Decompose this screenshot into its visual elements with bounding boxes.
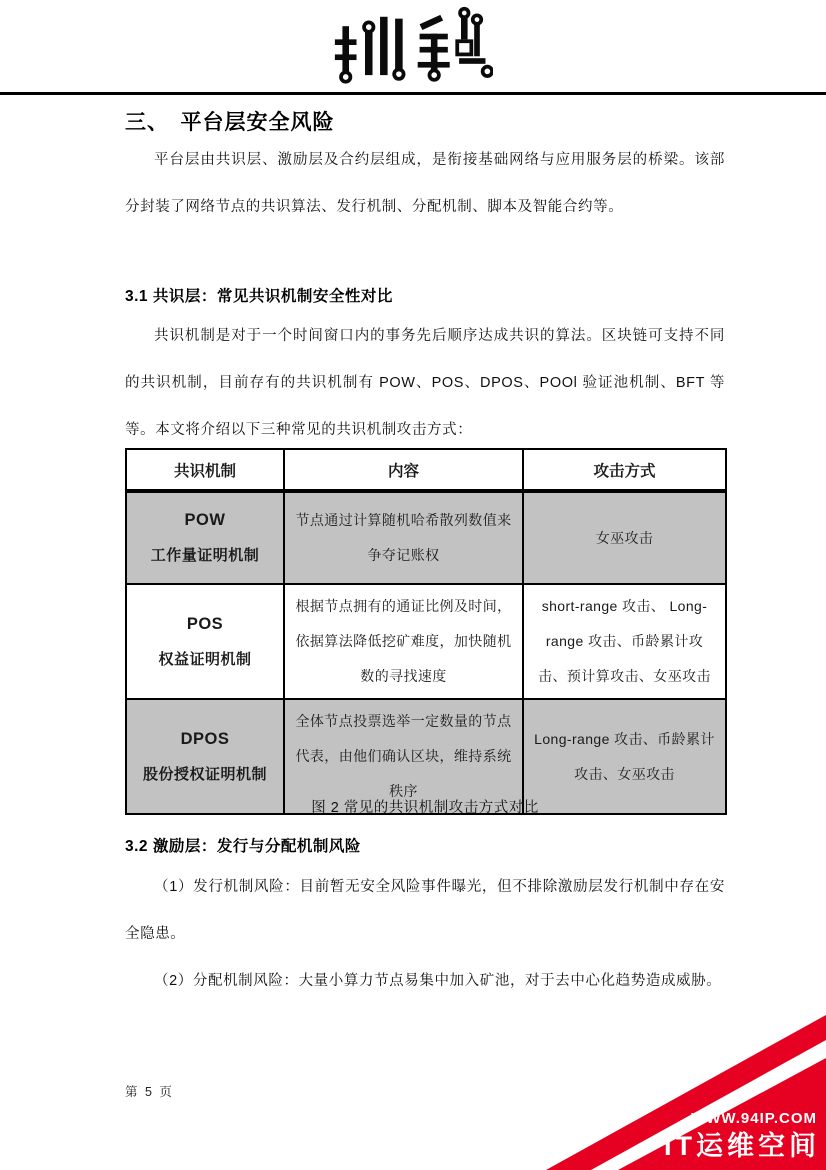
section-3-1-title: 3.1 共识层：常见共识机制安全性对比: [125, 284, 725, 306]
mechanism-fullname: 股份授权证明机制: [135, 757, 275, 792]
mechanism-fullname: 工作量证明机制: [135, 538, 275, 573]
mechanism-abbr: POS: [135, 607, 275, 642]
table-row-pos: POS 权益证明机制 根据节点拥有的通证比例及时间，依据算法降低挖矿难度，加快随…: [126, 584, 726, 699]
header-mechanism: 共识机制: [126, 449, 284, 491]
page-title: 三、 平台层安全风险: [125, 106, 725, 136]
mechanism-abbr: POW: [135, 503, 275, 538]
document-page: 三、 平台层安全风险 平台层由共识层、激励层及合约层组成，是衔接基础网络与应用服…: [0, 0, 826, 1170]
mechanism-abbr: DPOS: [135, 722, 275, 757]
cell-pos-mechanism: POS 权益证明机制: [126, 584, 284, 699]
page-header: [0, 6, 826, 84]
figure-caption: 图 2 常见的共识机制攻击方式对比: [125, 796, 725, 817]
corner-watermark: WWW.94IP.COM IT运维空间: [526, 1000, 826, 1170]
header-attack: 攻击方式: [523, 449, 726, 491]
issuance-risk-paragraph: （1）发行机制风险：目前暂无安全风险事件曝光，但不排除激励层发行机制中存在安全隐…: [125, 864, 725, 958]
cell-pos-content: 根据节点拥有的通证比例及时间，依据算法降低挖矿难度，加快随机数的寻找速度: [284, 584, 523, 699]
watermark-url: WWW.94IP.COM: [691, 1110, 817, 1127]
distribution-risk-paragraph: （2）分配机制风险：大量小算力节点易集中加入矿池，对于去中心化趋势造成威胁。: [125, 958, 725, 1005]
header-divider: [0, 92, 826, 95]
section-3-2-title: 3.2 激励层：发行与分配机制风险: [125, 834, 725, 856]
intro-paragraph: 平台层由共识层、激励层及合约层组成，是衔接基础网络与应用服务层的桥梁。该部分封装…: [125, 137, 725, 231]
table-row-pow: POW 工作量证明机制 节点通过计算随机哈希散列数值来争夺记账权 女巫攻击: [126, 491, 726, 584]
cell-pow-mechanism: POW 工作量证明机制: [126, 491, 284, 584]
header-content: 内容: [284, 449, 523, 491]
consensus-comparison-table: 共识机制 内容 攻击方式 POW 工作量证明机制 节点通过计算随机哈希散列数值来…: [125, 448, 727, 815]
section-3-1-paragraph: 共识机制是对于一个时间窗口内的事务先后顺序达成共识的算法。区块链可支持不同的共识…: [125, 313, 725, 454]
mechanism-fullname: 权益证明机制: [135, 642, 275, 677]
cell-pos-attack: short-range 攻击、 Long-range 攻击、币龄累计攻击、预计算…: [523, 584, 726, 699]
table-header-row: 共识机制 内容 攻击方式: [126, 449, 726, 491]
cell-pow-attack: 女巫攻击: [523, 491, 726, 584]
shenzhen-chain-logo-icon: [333, 6, 493, 84]
watermark-site-name: IT运维空间: [664, 1130, 820, 1161]
cell-pow-content: 节点通过计算随机哈希散列数值来争夺记账权: [284, 491, 523, 584]
